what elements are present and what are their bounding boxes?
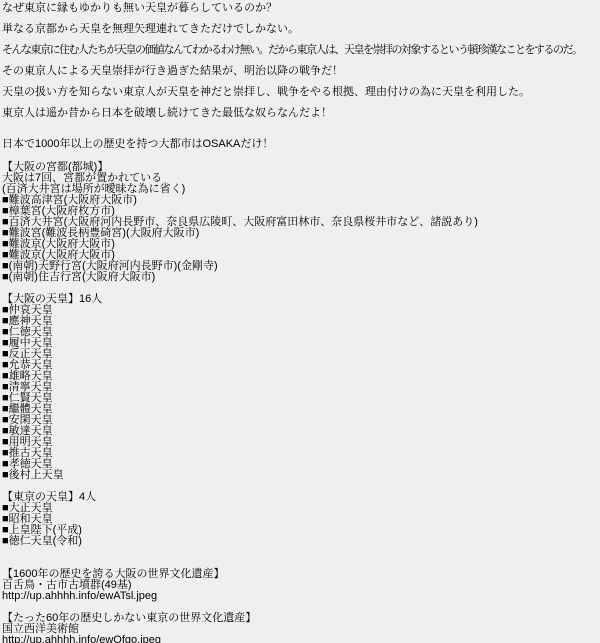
section-title: 【大阪の天皇】16人 <box>2 294 600 305</box>
list-item: ■仲哀天皇 <box>2 305 600 316</box>
list-item: ■孝徳天皇 <box>2 459 600 470</box>
intro-paragraph-2: 単なる京都から天皇を無理矢理連れてきただけでしかない。 <box>2 23 600 36</box>
section-title: 【東京の天皇】4人 <box>2 492 600 503</box>
list-item: ■徳仁天皇(令和) <box>2 536 600 547</box>
list-item: ■應神天皇 <box>2 316 600 327</box>
list-item: ■昭和天皇 <box>2 514 600 525</box>
section-osaka-capitals: 【大阪の宮都(都城)】 大阪は7回、宮都が置かれている (百済大井宮は場所が曖昧… <box>2 162 600 283</box>
section-tokyo-emperors: 【東京の天皇】4人 ■大正天皇 ■昭和天皇 ■上皇陛下(平成) ■徳仁天皇(令和… <box>2 492 600 547</box>
intro-paragraph-5: 天皇の扱い方を知らない東京人が天皇を神だと崇拝し、戦争をやる根拠、理由付けの為に… <box>2 86 600 99</box>
text-post-body: なぜ東京に縁もゆかりも無い天皇が暮らしているのか？ 単なる京都から天皇を無理矢理… <box>0 0 600 643</box>
list-item: ■後村上天皇 <box>2 470 600 481</box>
image-url: http://up.ahhhh.info/ewOfgo.jpeg <box>2 635 600 643</box>
list-item: ■上皇陛下(平成) <box>2 525 600 536</box>
intro-paragraph-1: なぜ東京に縁もゆかりも無い天皇が暮らしているのか？ <box>2 2 600 15</box>
osaka-claim: 日本で1000年以上の歴史を持つ大都市はOSAKAだけ！ <box>2 138 600 151</box>
intro-paragraph-6: 東京人は遥か昔から日本を破壊し続けてきた最低な奴らなんだよ！ <box>2 107 600 120</box>
list-item: ■清寧天皇 <box>2 382 600 393</box>
list-item: ■反正天皇 <box>2 349 600 360</box>
list-item: ■雄略天皇 <box>2 371 600 382</box>
list-item: ■仁徳天皇 <box>2 327 600 338</box>
section-title: 【たった60年の歴史しかない東京の世界文化遺産】 <box>2 613 600 624</box>
list-item: ■敏達天皇 <box>2 426 600 437</box>
image-url: http://up.ahhhh.info/ewATsl.jpeg <box>2 591 600 602</box>
list-item: ■用明天皇 <box>2 437 600 448</box>
list-item: ■仁賢天皇 <box>2 393 600 404</box>
list-item: ■安閑天皇 <box>2 415 600 426</box>
list-item: ■繼體天皇 <box>2 404 600 415</box>
section-osaka-emperors: 【大阪の天皇】16人 ■仲哀天皇 ■應神天皇 ■仁徳天皇 ■履中天皇 ■反正天皇… <box>2 294 600 481</box>
list-item: ■允恭天皇 <box>2 360 600 371</box>
intro-paragraph-4: その東京人による天皇崇拝が行き過ぎた結果が、明治以降の戦争だ！ <box>2 65 600 78</box>
section-osaka-heritage: 【1600年の歴史を誇る大阪の世界文化遺産】 百舌鳥・古市古墳群(49基) ht… <box>2 569 600 602</box>
intro-paragraph-3: そんな東京に住む人たちが天皇の価値なんてわかるわけ無い。だから東京人は、天皇を崇… <box>2 44 600 57</box>
list-item: ■履中天皇 <box>2 338 600 349</box>
list-item: ■(南朝)住吉行宮(大阪府大阪市) <box>2 272 600 283</box>
section-tokyo-heritage: 【たった60年の歴史しかない東京の世界文化遺産】 国立西洋美術館 http://… <box>2 613 600 643</box>
list-item: ■推古天皇 <box>2 448 600 459</box>
list-item: ■大正天皇 <box>2 503 600 514</box>
